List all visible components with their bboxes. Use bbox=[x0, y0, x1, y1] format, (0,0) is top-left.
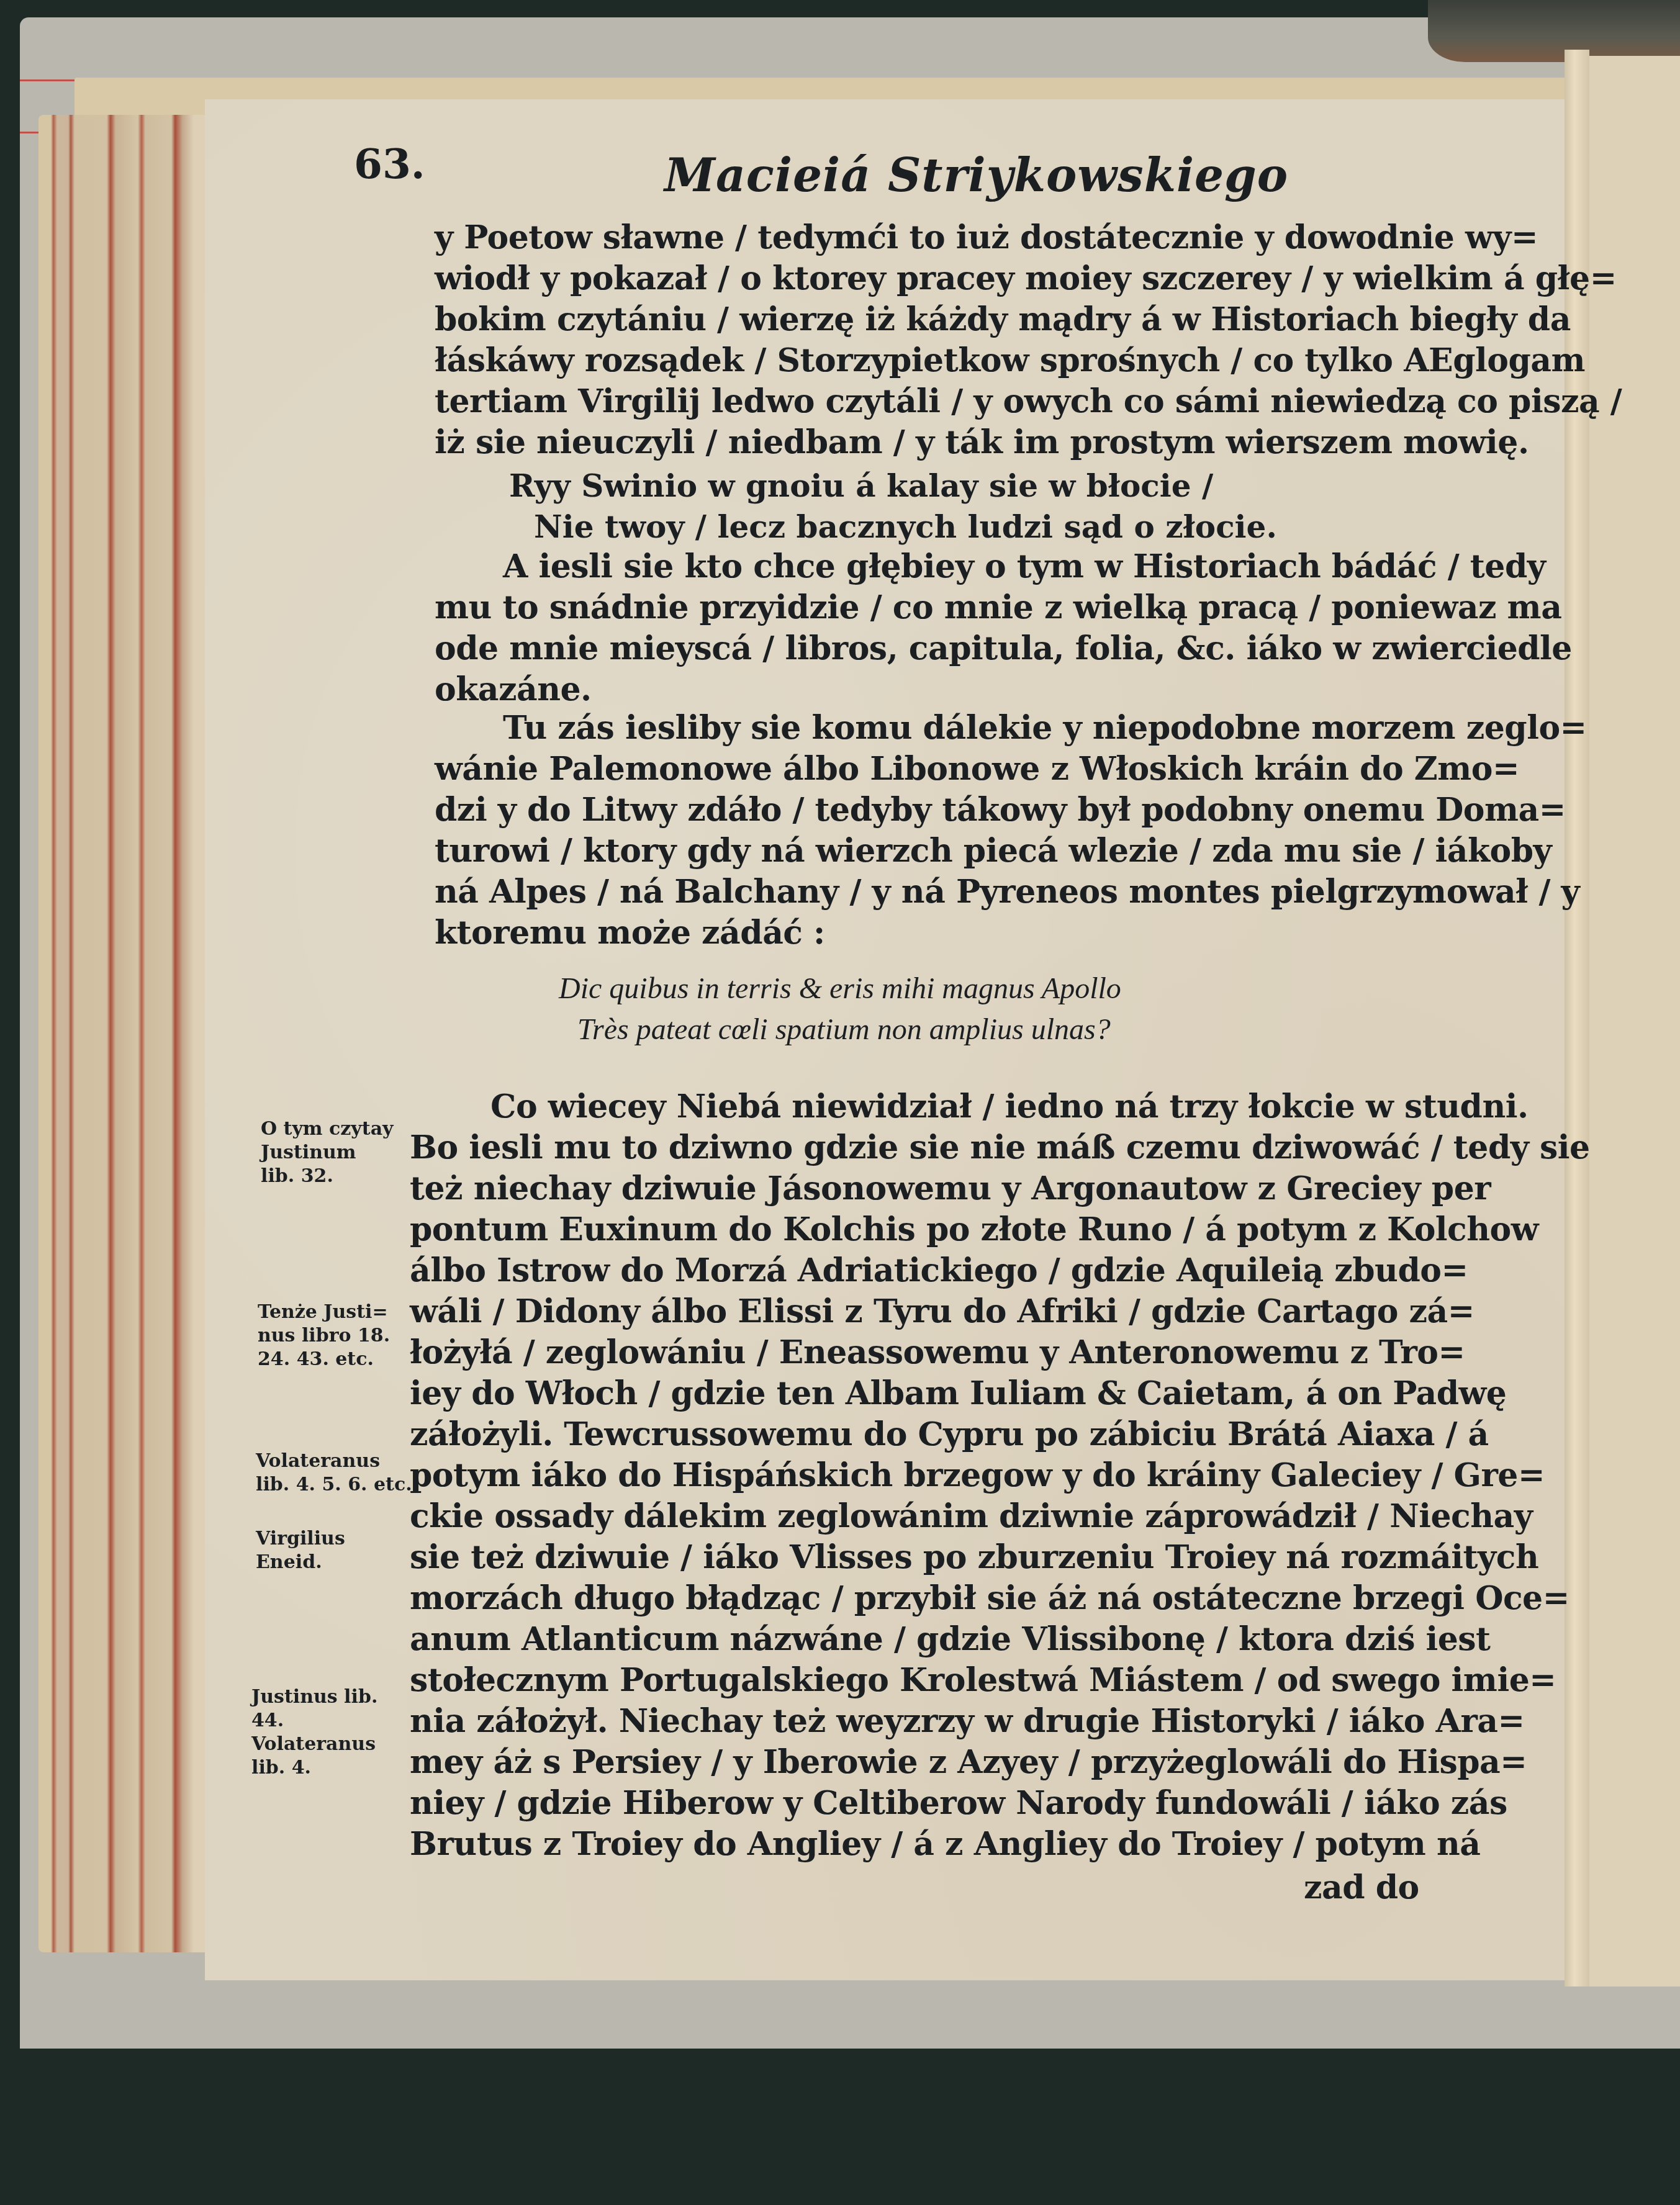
page-edges-stack bbox=[38, 115, 225, 1952]
paragraph-2: A iesli sie kto chce głębiey o tym w His… bbox=[435, 546, 1572, 710]
text-line: mu to snádnie przyidzie / co mnie z wiel… bbox=[435, 587, 1572, 628]
paragraph-1: y Poetow sławne / tedymći to iuż dostáte… bbox=[435, 217, 1622, 463]
background-shadow bbox=[0, 2049, 1680, 2205]
text-line: ktoremu może zádáć : bbox=[435, 913, 1579, 954]
margin-note: Volateranus lib. 4. 5. 6. etc. bbox=[256, 1450, 412, 1497]
page-number: 63. bbox=[354, 140, 425, 188]
verse-line: Nie twoy / lecz bacznych ludzi sąd o zło… bbox=[534, 507, 1277, 548]
verse-1: Ryy Swinio w gnoiu á kalay sie w błocie … bbox=[509, 466, 1252, 548]
text-line: Tu zás iesliby sie komu dálekie y niepod… bbox=[503, 708, 1648, 749]
paragraph-4: Co wiecey Niebá niewidział / iedno ná tr… bbox=[410, 1086, 1590, 1865]
text-line: záłożyli. Tewcrussowemu do Cypru po zábi… bbox=[410, 1414, 1590, 1455]
text-line: wánie Palemonowe álbo Libonowe z Włoskic… bbox=[435, 749, 1579, 790]
text-line: łáskáwy rozsądek / Storzypietkow sprośny… bbox=[435, 340, 1622, 381]
text-line: morzách długo błądząc / przybił sie áż n… bbox=[410, 1578, 1590, 1619]
latin-verse-line: Dic quibus in terris & eris mihi magnus … bbox=[559, 968, 1121, 1009]
text-line: Co wiecey Niebá niewidział / iedno ná tr… bbox=[490, 1086, 1671, 1127]
text-line: Brutus z Troiey do Angliey / á z Angliey… bbox=[410, 1824, 1590, 1865]
text-line: okazáne. bbox=[435, 669, 1572, 710]
text-line: niey / gdzie Hiberow y Celtiberow Narody… bbox=[410, 1783, 1590, 1824]
headband bbox=[1428, 0, 1680, 62]
catchword: zad do bbox=[1304, 1869, 1419, 1906]
text-line: łożyłá / zeglowániu / Eneassowemu y Ante… bbox=[410, 1332, 1590, 1373]
margin-note: O tym czytay Justinum lib. 32. bbox=[261, 1117, 394, 1188]
margin-note: Virgilius Eneid. bbox=[256, 1527, 345, 1574]
text-line: ná Alpes / ná Balchany / y ná Pyreneos m… bbox=[435, 872, 1579, 913]
text-line: y Poetow sławne / tedymći to iuż dostáte… bbox=[435, 217, 1622, 258]
latin-verse-line: Très pateat cœli spatium non amplius uln… bbox=[577, 1009, 1140, 1050]
text-line: A iesli sie kto chce głębiey o tym w His… bbox=[503, 546, 1640, 587]
margin-note: Tenże Justi= nus libro 18. 24. 43. etc. bbox=[258, 1301, 390, 1371]
text-line: iey do Włoch / gdzie ten Albam Iuliam & … bbox=[410, 1373, 1590, 1414]
text-line: też niechay dziwuie Jásonowemu y Argonau… bbox=[410, 1168, 1590, 1209]
text-line: bokim czytániu / wierzę iż káżdy mądry á… bbox=[435, 299, 1622, 340]
text-line: tertiam Virgilij ledwo czytáli / y owych… bbox=[435, 381, 1622, 422]
text-line: álbo Istrow do Morzá Adriatickiego / gdz… bbox=[410, 1250, 1590, 1291]
red-rule-line bbox=[20, 132, 38, 133]
text-line: ode mnie mieyscá / libros, capitula, fol… bbox=[435, 628, 1572, 669]
text-line: anum Atlanticum názwáne / gdzie Vlissibo… bbox=[410, 1619, 1590, 1660]
text-line: ckie ossady dálekim zeglowánim dziwnie z… bbox=[410, 1496, 1590, 1537]
margin-note: Justinus lib. 44. Volateranus lib. 4. bbox=[251, 1685, 377, 1780]
text-line: pontum Euxinum do Kolchis po złote Runo … bbox=[410, 1209, 1590, 1250]
latin-verse: Dic quibus in terris & eris mihi magnus … bbox=[559, 968, 1121, 1050]
verse-line: Ryy Swinio w gnoiu á kalay sie w błocie … bbox=[509, 466, 1252, 507]
text-line: dzi y do Litwy zdáło / tedyby tákowy był… bbox=[435, 790, 1579, 831]
text-line: nia záłożył. Niechay też weyzrzy w drugi… bbox=[410, 1701, 1590, 1742]
text-line: mey áż s Persiey / y Iberowie z Azyey / … bbox=[410, 1742, 1590, 1783]
text-line: Bo iesli mu to dziwno gdzie sie nie máß … bbox=[410, 1127, 1590, 1168]
text-line: wáli / Didony álbo Elissi z Tyru do Afri… bbox=[410, 1291, 1590, 1332]
text-line: sie też dziwuie / iáko Vlisses po zburze… bbox=[410, 1537, 1590, 1578]
running-head: Macieiá Striykowskiego bbox=[664, 149, 1288, 202]
text-line: stołecznym Portugalskiego Krolestwá Miás… bbox=[410, 1660, 1590, 1701]
text-line: turowi / ktory gdy ná wierzch piecá wlez… bbox=[435, 831, 1579, 872]
paragraph-3: Tu zás iesliby sie komu dálekie y niepod… bbox=[435, 708, 1579, 954]
text-line: potym iáko do Hispáńskich brzegow y do k… bbox=[410, 1455, 1590, 1496]
text-line: iż sie nieuczyli / niedbam / y ták im pr… bbox=[435, 422, 1622, 463]
text-line: wiodł y pokazał / o ktorey pracey moiey … bbox=[435, 258, 1622, 299]
